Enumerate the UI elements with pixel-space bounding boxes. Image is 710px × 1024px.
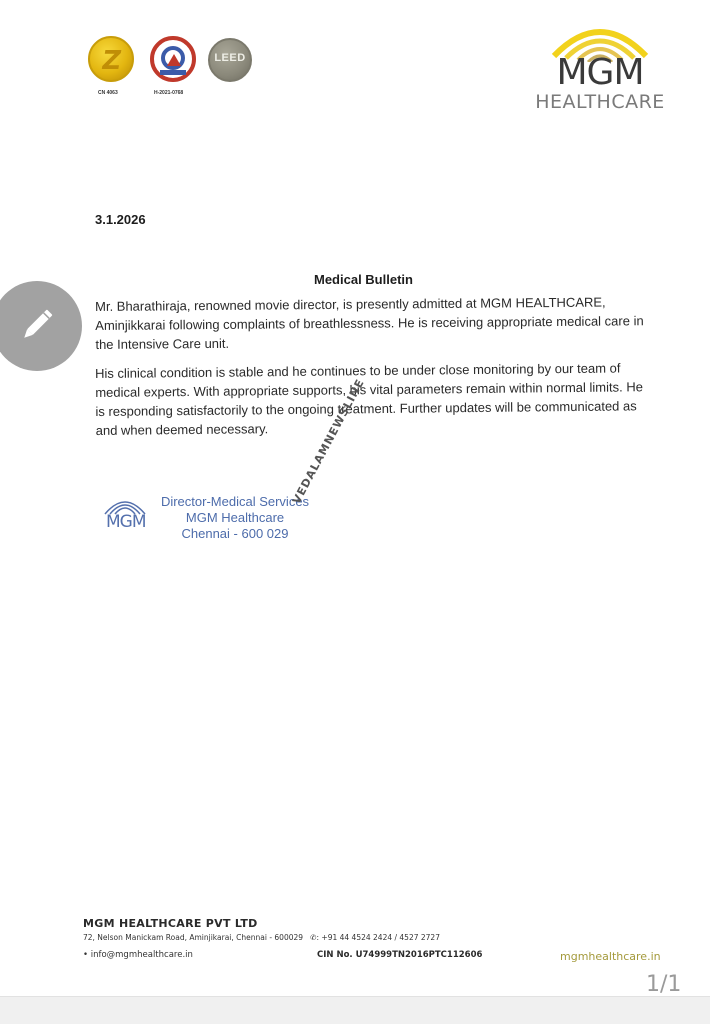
footer-company-name: MGM HEALTHCARE PVT LTD	[83, 917, 258, 930]
footer-address: 72, Nelson Manickam Road, Aminjikarai, C…	[83, 933, 440, 942]
footer-phone: : +91 44 4524 2424 / 4527 2727	[317, 933, 440, 942]
logo-healthcare-text: HEALTHCARE	[520, 91, 680, 113]
nabh-seal-icon	[150, 36, 196, 82]
bulletin-date: 3.1.2026	[95, 212, 146, 227]
document-page: Z LEED CN 4063 H-2021-0768 MGM HEALTHCAR…	[0, 0, 710, 1000]
footer-website: mgmhealthcare.in	[560, 950, 661, 963]
accreditation-badges: Z LEED CN 4063 H-2021-0768	[86, 36, 261, 102]
logo-mgm-text: MGM	[520, 52, 680, 93]
bulletin-title: Medical Bulletin	[314, 272, 413, 287]
page-indicator: 1/1	[646, 972, 681, 997]
viewer-bottom-bar	[0, 996, 710, 1024]
bulletin-paragraph: Mr. Bharathiraja, renowned movie directo…	[95, 292, 655, 354]
footer-cin: CIN No. U74999TN2016PTC112606	[317, 950, 482, 960]
official-stamp: MGM Director-Medical Services MGM Health…	[102, 494, 322, 554]
jci-seal-icon: Z	[88, 36, 134, 82]
bulletin-paragraph: His clinical condition is stable and he …	[95, 358, 656, 440]
mgm-healthcare-logo: MGM HEALTHCARE	[520, 22, 680, 114]
stamp-organization: MGM Healthcare	[150, 510, 320, 525]
jci-caption: CN 4063	[98, 90, 118, 96]
phone-icon: ✆	[305, 933, 316, 942]
stamp-mgm-logo-icon: MGM	[102, 494, 152, 536]
pencil-icon	[18, 305, 56, 345]
nabh-caption: H-2021-0768	[154, 90, 183, 96]
footer-email: • info@mgmhealthcare.in	[83, 950, 193, 960]
stamp-location: Chennai - 600 029	[150, 526, 320, 541]
leed-seal-icon: LEED	[208, 38, 252, 82]
